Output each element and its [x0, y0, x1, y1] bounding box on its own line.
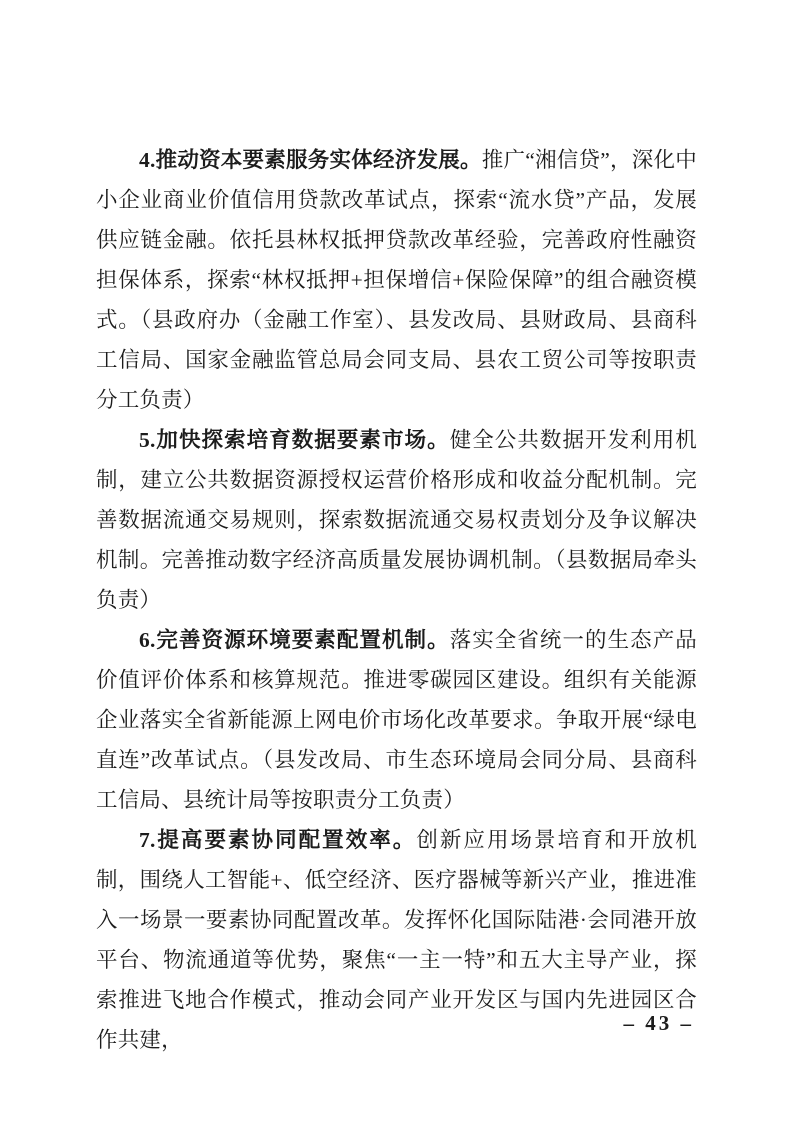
paragraph-4-text: 推广“湘信贷”，深化中小企业商业价值信用贷款改革试点，探索“流水贷”产品，发展供…	[96, 148, 697, 412]
document-body: 4.推动资本要素服务实体经济发展。推广“湘信贷”，深化中小企业商业价值信用贷款改…	[96, 140, 697, 1060]
paragraph-6-text: 落实全省统一的生态产品价值评价体系和核算规范。推进零碳园区建设。组织有关能源企业…	[96, 628, 697, 812]
paragraph-4-lead: 4.推动资本要素服务实体经济发展。	[139, 148, 482, 172]
paragraph-5-lead: 5.加快探索培育数据要素市场。	[139, 428, 450, 452]
paragraph-5: 5.加快探索培育数据要素市场。健全公共数据开发利用机制，建立公共数据资源授权运营…	[96, 420, 697, 620]
paragraph-7-text: 创新应用场景培育和开放机制，围绕人工智能+、低空经济、医疗器械等新兴产业，推进准…	[96, 828, 697, 1052]
document-page: 4.推动资本要素服务实体经济发展。推广“湘信贷”，深化中小企业商业价值信用贷款改…	[0, 0, 793, 1122]
paragraph-4: 4.推动资本要素服务实体经济发展。推广“湘信贷”，深化中小企业商业价值信用贷款改…	[96, 140, 697, 420]
paragraph-7-lead: 7.提高要素协同配置效率。	[139, 828, 416, 852]
paragraph-6: 6.完善资源环境要素配置机制。落实全省统一的生态产品价值评价体系和核算规范。推进…	[96, 620, 697, 820]
paragraph-7: 7.提高要素协同配置效率。创新应用场景培育和开放机制，围绕人工智能+、低空经济、…	[96, 820, 697, 1060]
paragraph-5-text: 健全公共数据开发利用机制，建立公共数据资源授权运营价格形成和收益分配机制。完善数…	[96, 428, 697, 612]
paragraph-6-lead: 6.完善资源环境要素配置机制。	[139, 628, 450, 652]
page-number: – 43 –	[624, 1011, 695, 1036]
